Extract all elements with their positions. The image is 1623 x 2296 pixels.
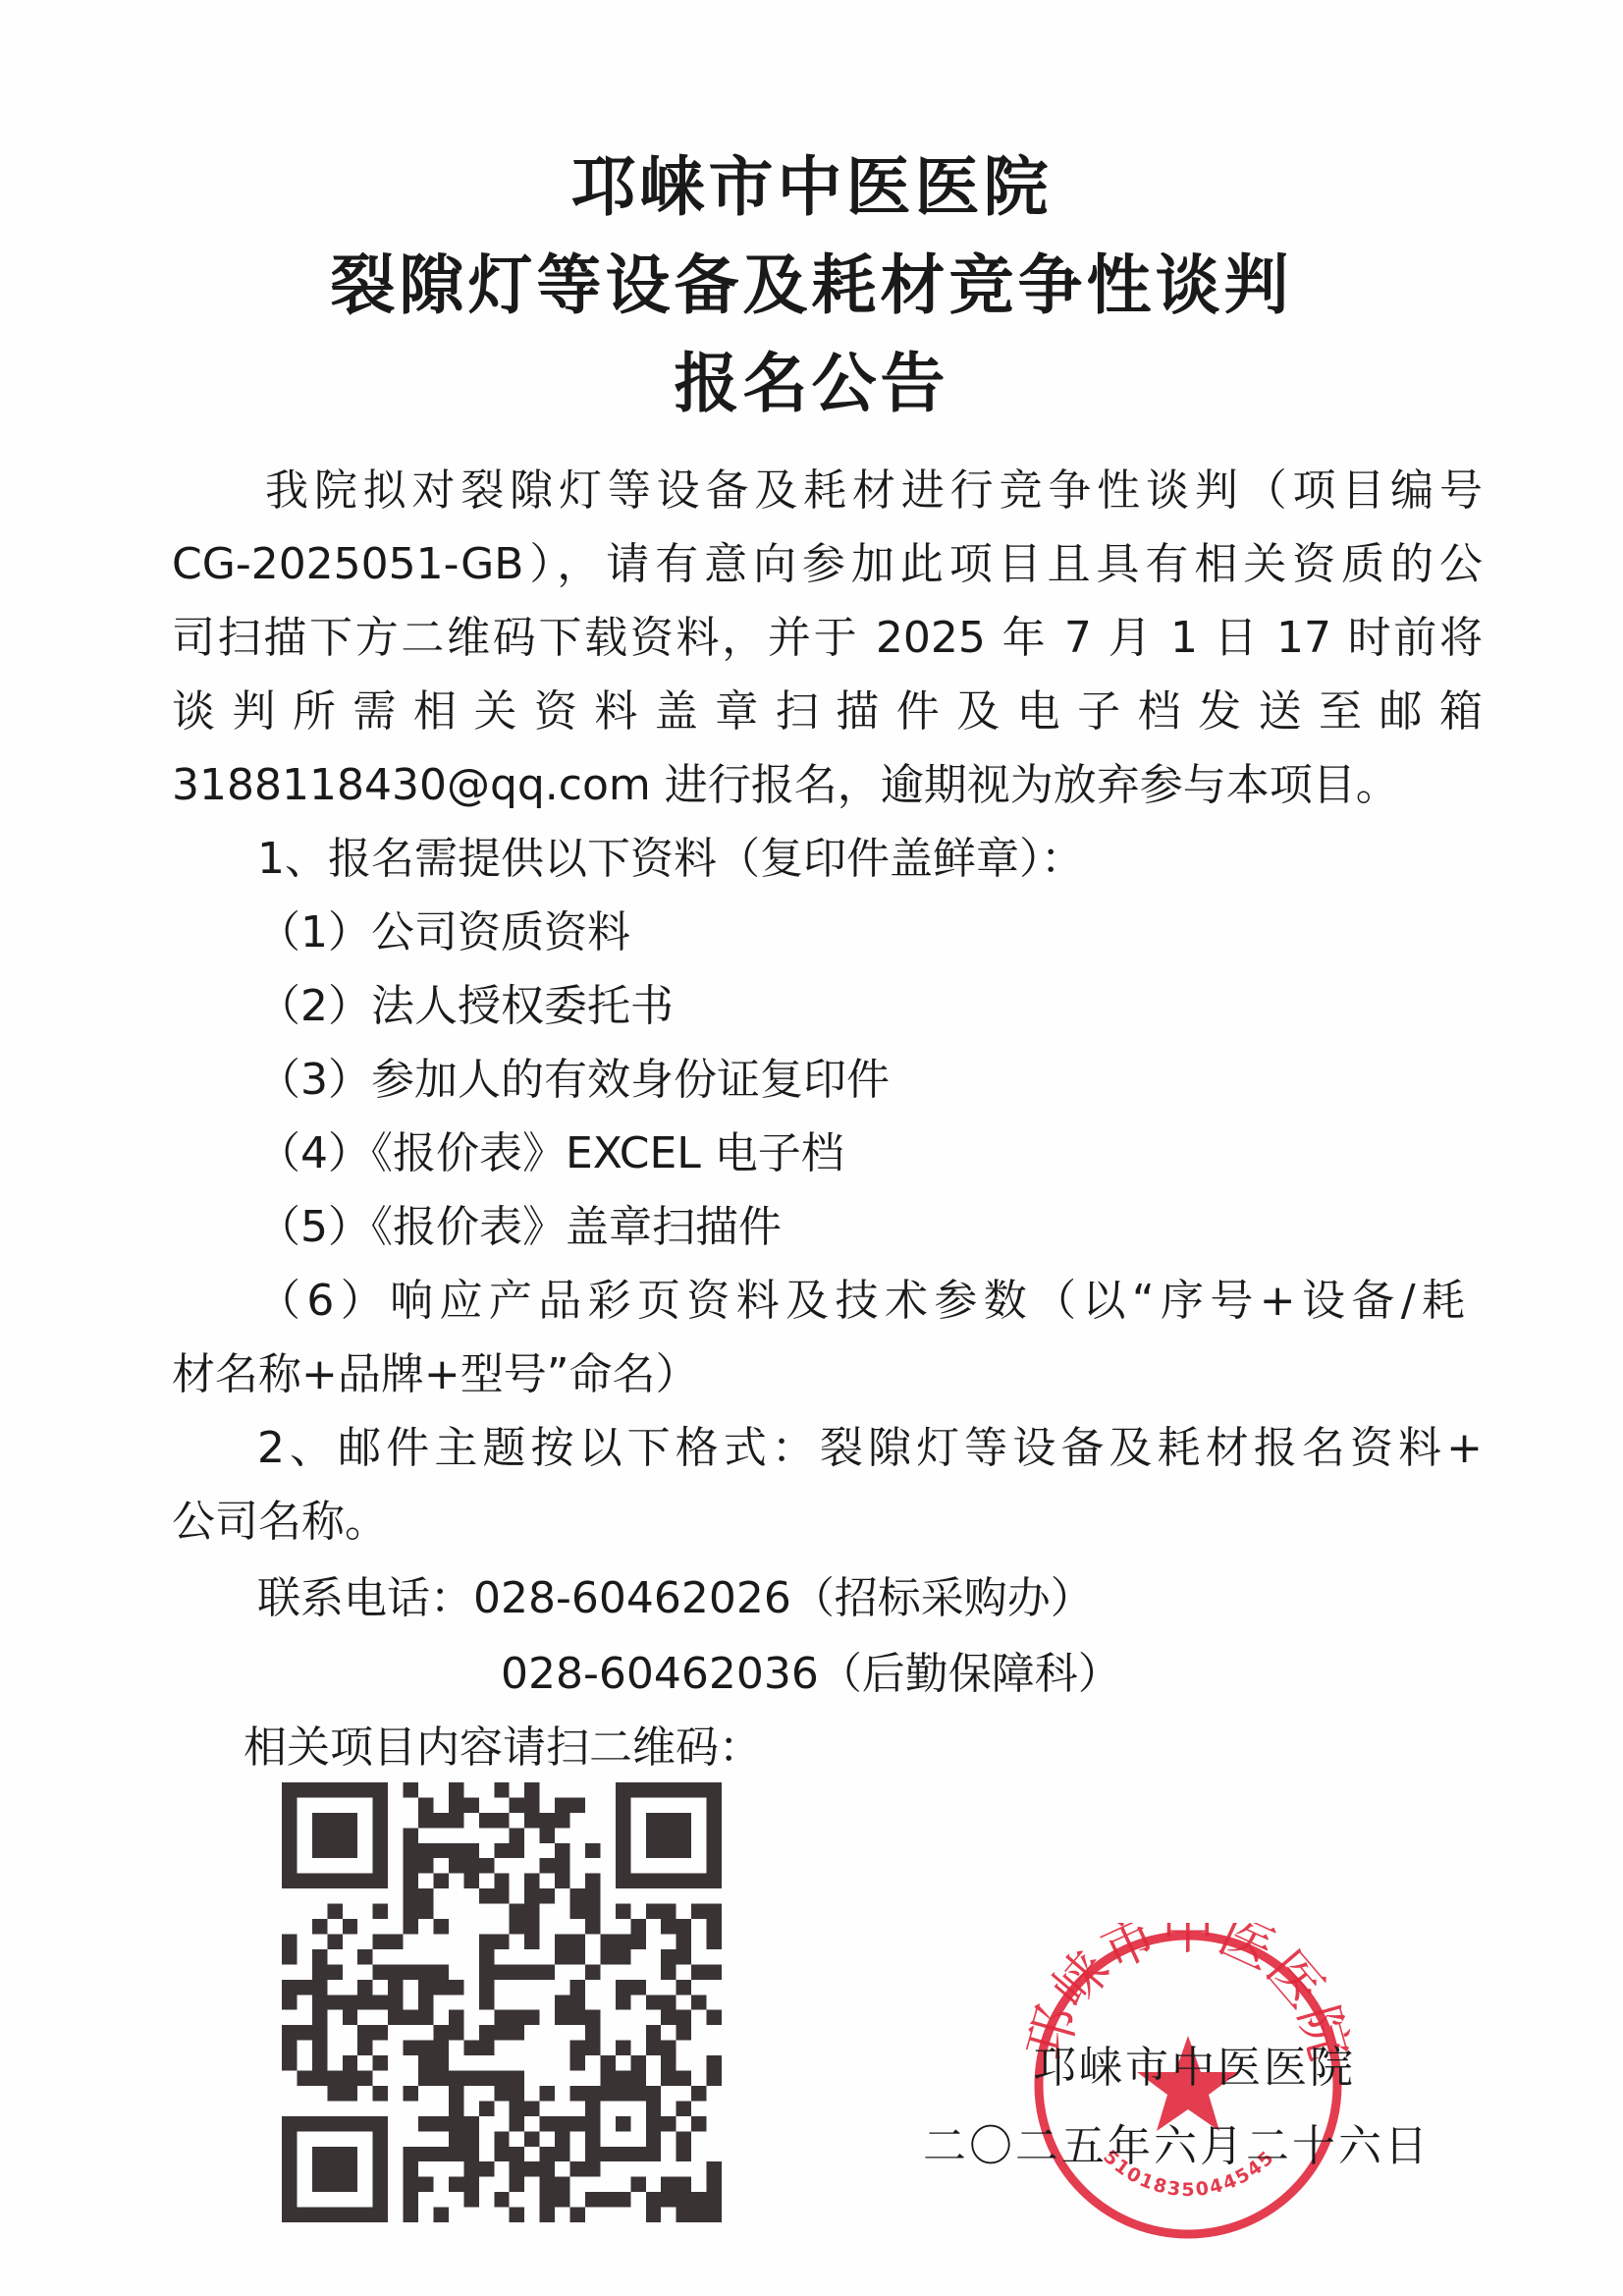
required-item-3: （3）参加人的有效身份证复印件 [257,1051,890,1110]
intro-line-2: CG-2025051-GB），请有意向参加此项目且具有相关资质的公 [172,535,1483,594]
contact-dept-1: （招标采购办） [791,1573,1094,1623]
required-item-2: （2）法人授权委托书 [257,977,674,1036]
title-hospital: 邛崃市中医医院 [0,147,1623,226]
contact-row-1: 联系电话：028-60462026（招标采购办） [257,1569,1094,1628]
contact-phone-2: 028-60462036 [501,1649,819,1699]
title-project: 裂隙灯等设备及耗材竞争性谈判 [0,246,1623,324]
contact-label: 联系电话： [257,1573,473,1623]
signature-date: 二〇二五年六月二十六日 [923,2119,1431,2174]
required-item-6-line1: （6）响应产品彩页资料及技术参数（以“序号+设备/耗 [257,1272,1465,1331]
intro-line-4: 谈判所需相关资料盖章扫描件及电子档发送至邮箱 [172,683,1483,741]
intro-line-3: 司扫描下方二维码下载资料，并于 2025 年 7 月 1 日 17 时前将 [172,609,1483,668]
intro-line-5-email: 3188118430@qq.com 进行报名，逾期视为放弃参与本项目。 [172,756,1399,815]
section1-heading: 1、报名需提供以下资料（复印件盖鲜章）： [257,830,1084,889]
required-item-5: （5）《报价表》盖章扫描件 [257,1198,782,1257]
contact-phone-1: 028-60462026 [473,1573,791,1623]
intro-line-1: 我院拟对裂隙灯等设备及耗材进行竞争性谈判（项目编号 [265,462,1483,520]
required-item-4: （4）《报价表》EXCEL 电子档 [257,1124,844,1183]
title-announcement: 报名公告 [0,344,1623,422]
section2-line2: 公司名称。 [172,1493,388,1552]
qr-code[interactable] [282,1782,722,2222]
qr-code-icon [282,1782,722,2222]
document-page: 邛崃市中医医院 裂隙灯等设备及耗材竞争性谈判 报名公告 我院拟对裂隙灯等设备及耗… [0,0,1623,2296]
contact-dept-2: （后勤保障科） [819,1649,1121,1699]
required-item-1: （1）公司资质资料 [257,903,630,962]
section2-line1: 2、邮件主题按以下格式：裂隙灯等设备及耗材报名资料+ [257,1419,1483,1478]
qr-prompt: 相关项目内容请扫二维码： [243,1719,762,1777]
signature-org: 邛崃市中医医院 [1033,2041,1356,2096]
required-item-6-line2: 材名称+品牌+型号”命名） [172,1345,699,1404]
contact-row-2: 028-60462036（后勤保障科） [501,1645,1121,1704]
